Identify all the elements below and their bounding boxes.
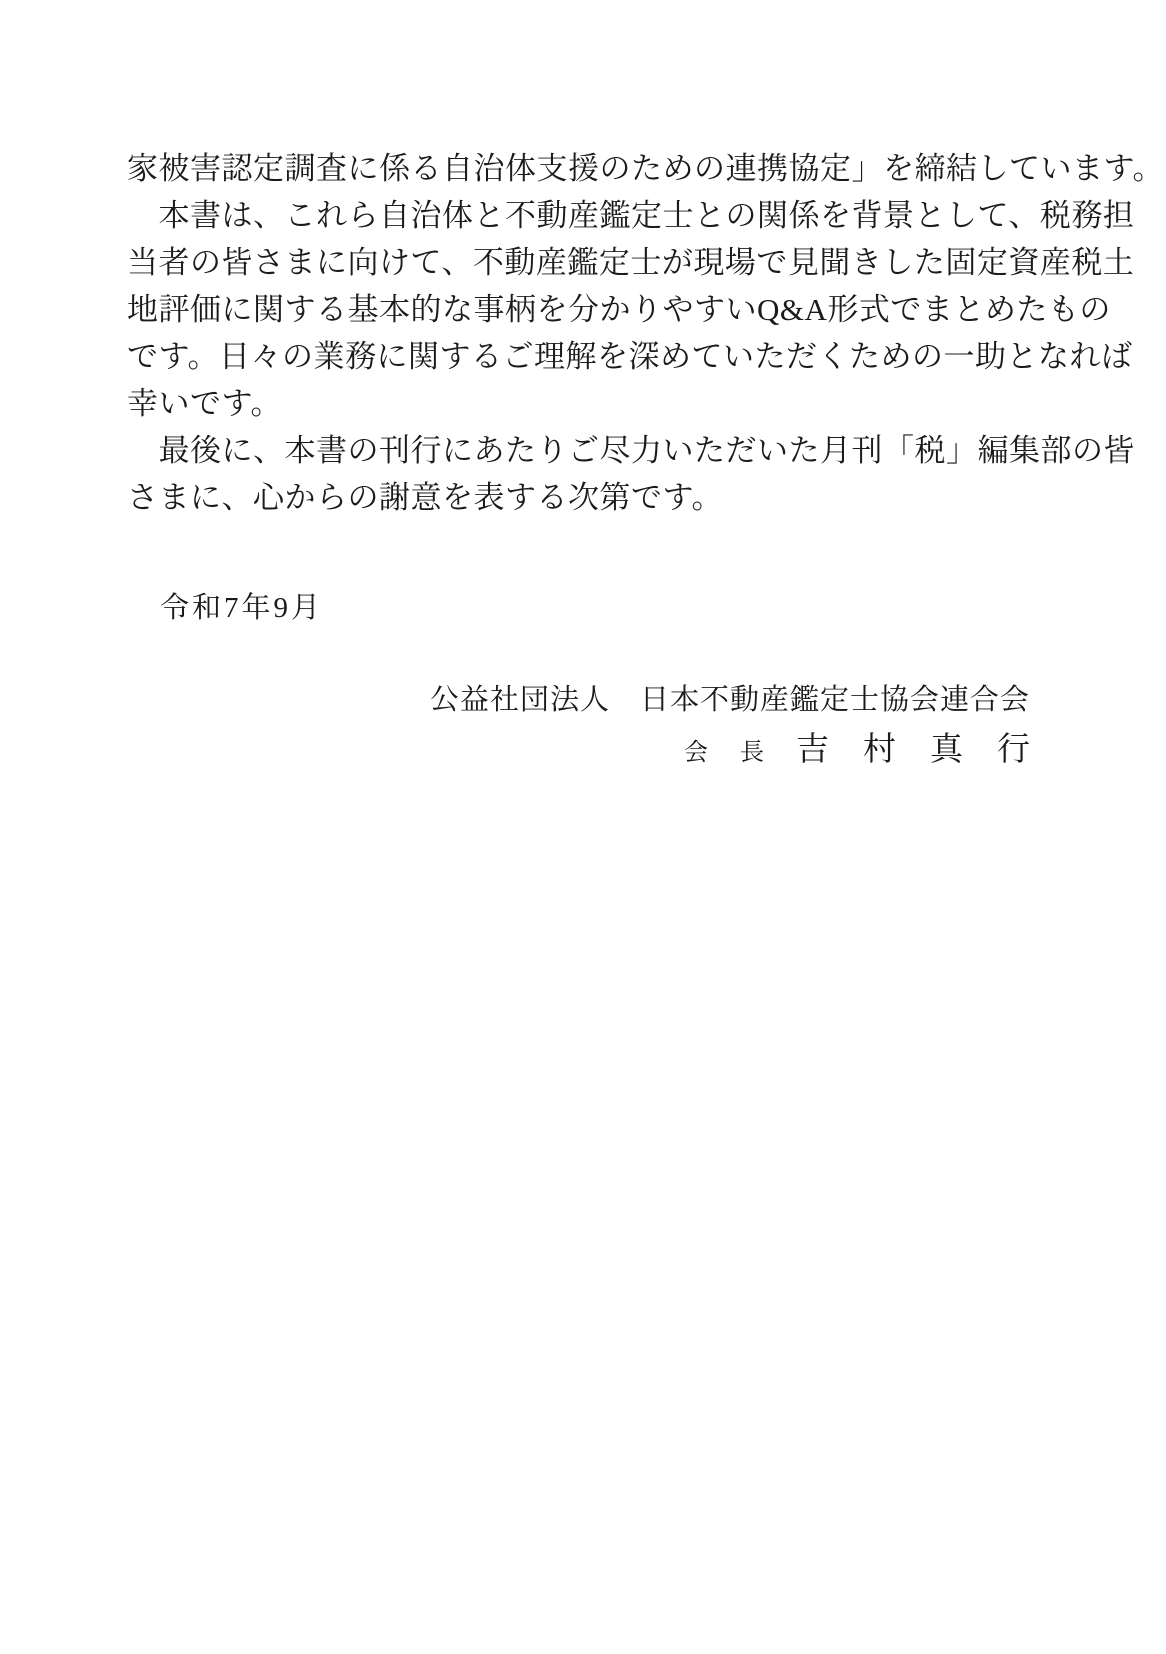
body-text-line: です。日々の業務に関するご理解を深めていただくための一助となれば: [127, 333, 1037, 380]
signature-person: 会長 吉村真行: [430, 726, 1030, 777]
body-text-line: 地評価に関する基本的な事柄を分かりやすいQ&A形式でまとめたもの: [127, 286, 1037, 333]
signature-block: 公益社団法人 日本不動産鑑定士協会連合会 会長 吉村真行: [430, 678, 1030, 777]
date-line: 令和7年9月: [160, 586, 323, 630]
signature-organization: 公益社団法人 日本不動産鑑定士協会連合会: [430, 678, 1030, 722]
body-text-line: 当者の皆さまに向けて、不動産鑑定士が現場で見聞きした固定資産税土: [127, 239, 1037, 286]
body-text-line: さまに、心からの謝意を表する次第です。: [127, 474, 1037, 521]
signature-name: 吉村真行: [796, 726, 1064, 774]
body-text-line: 最後に、本書の刊行にあたりご尽力いただいた月刊「税」編集部の皆: [127, 427, 1037, 474]
body-text-line: 家被害認定調査に係る自治体支援のための連携協定」を締結しています。: [127, 145, 1037, 192]
document-page: 家被害認定調査に係る自治体支援のための連携協定」を締結しています。 本書は、これ…: [0, 0, 1166, 1654]
body-text: 家被害認定調査に係る自治体支援のための連携協定」を締結しています。 本書は、これ…: [127, 145, 1037, 521]
body-text-line: 本書は、これら自治体と不動産鑑定士との関係を背景として、税務担: [127, 192, 1037, 239]
signature-title: 会長: [684, 729, 796, 777]
body-text-line: 幸いです。: [127, 380, 1037, 427]
